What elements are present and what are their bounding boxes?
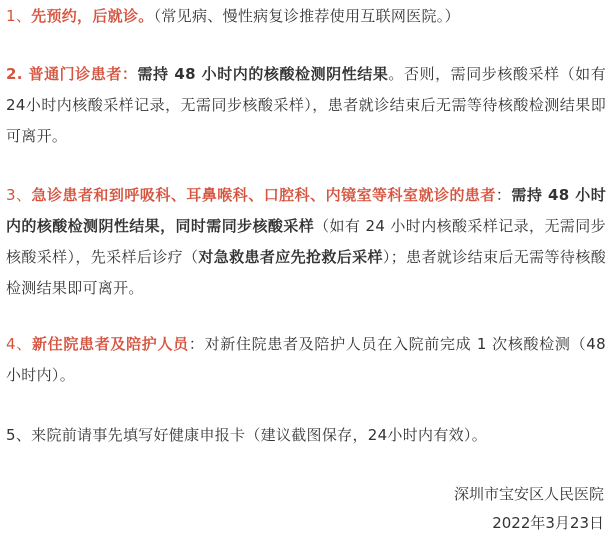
item-3-bold2: 对急救患者应先抢救后采样 — [198, 248, 383, 266]
signature-org: 深圳市宝安区人民医院 — [454, 479, 604, 510]
item-3: 3、急诊患者和到呼吸科、耳鼻喉科、口腔科、内镜室等科室就诊的患者：需持 48 小… — [6, 180, 606, 304]
item-1-title: 先预约，后就诊。 — [31, 7, 153, 25]
item-1: 1、先预约，后就诊。（常见病、慢性病复诊推荐使用互联网医院。） — [6, 1, 606, 32]
item-1-number: 1、 — [6, 7, 31, 25]
item-4-number: 4、 — [6, 335, 32, 353]
item-3-colon: ： — [496, 186, 511, 204]
item-2-number: 2. — [6, 65, 29, 83]
item-5-text: 5、来院前请事先填写好健康申报卡（建议截图保存，24小时内有效）。 — [6, 426, 487, 444]
item-3-number: 3、 — [6, 186, 32, 204]
item-5: 5、来院前请事先填写好健康申报卡（建议截图保存，24小时内有效）。 — [6, 420, 606, 451]
item-3-title: 急诊患者和到呼吸科、耳鼻喉科、口腔科、内镜室等科室就诊的患者 — [32, 186, 496, 204]
item-2-title: 普通门诊患者： — [29, 65, 138, 83]
item-4-title: 新住院患者及陪护人员 — [32, 335, 189, 353]
item-1-text: （常见病、慢性病复诊推荐使用互联网医院。） — [154, 7, 460, 25]
item-2-bold: 需持 48 小时内的核酸检测阴性结果 — [137, 65, 388, 83]
item-4: 4、新住院患者及陪护人员：对新住院患者及陪护人员在入院前完成 1 次核酸检测（4… — [6, 329, 606, 391]
item-2: 2. 普通门诊患者：需持 48 小时内的核酸检测阴性结果。否则，需同步核酸采样（… — [6, 59, 606, 152]
signature-date: 2022年3月23日 — [492, 508, 604, 539]
